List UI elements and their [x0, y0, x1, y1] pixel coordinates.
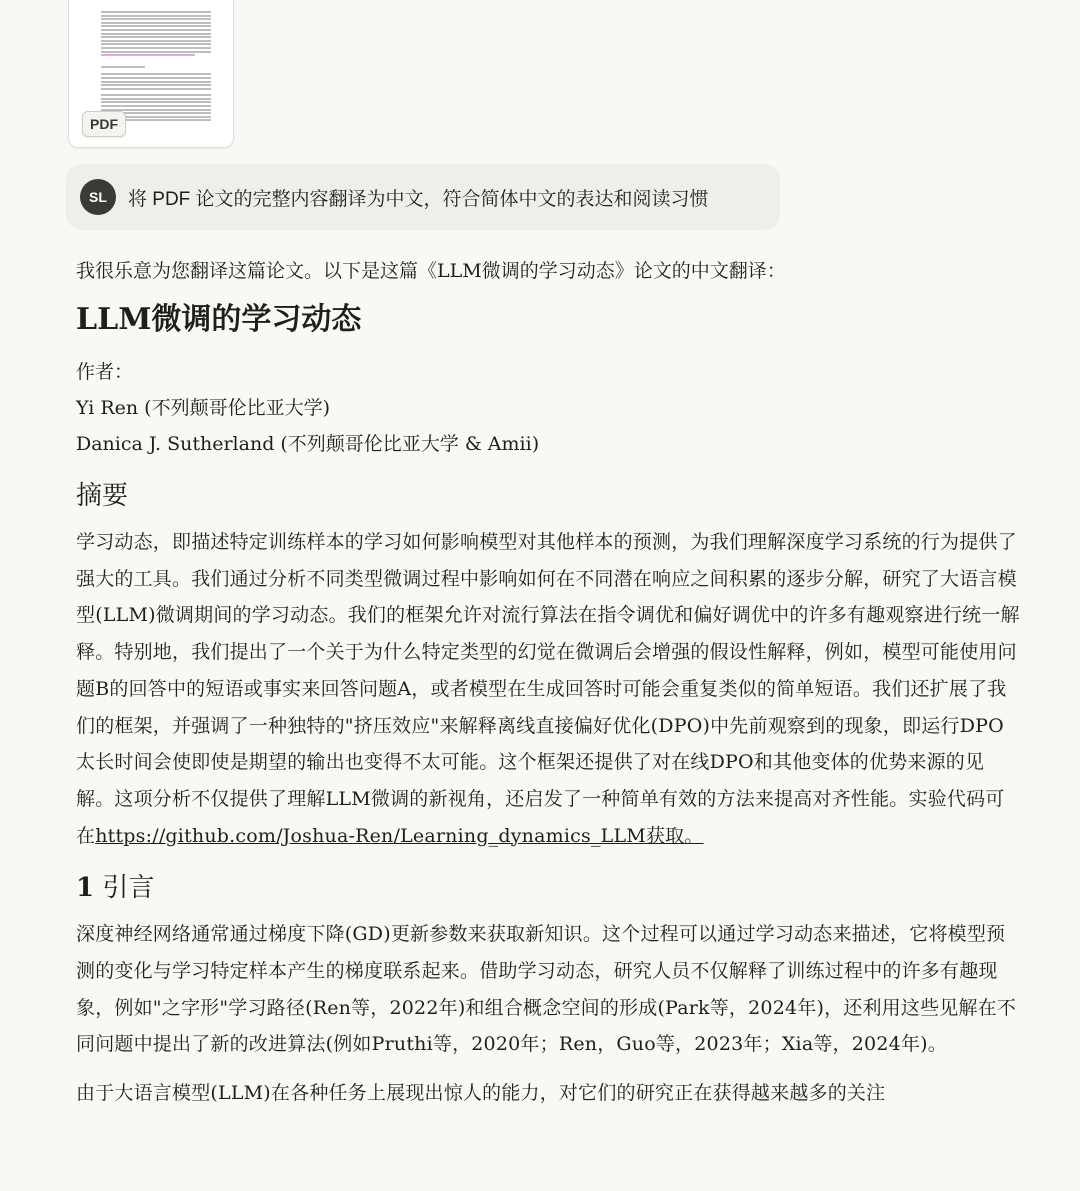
authors-label: 作者： — [76, 361, 133, 383]
user-message-text: 将 PDF 论文的完整内容翻译为中文，符合简体中文的表达和阅读习惯 — [128, 184, 709, 211]
paper-title: LLM微调的学习动态 — [76, 300, 1021, 340]
pdf-attachment-thumbnail[interactable]: PDF — [68, 0, 234, 148]
user-message-bubble: SL 将 PDF 论文的完整内容翻译为中文，符合简体中文的表达和阅读习惯 — [66, 164, 780, 230]
assistant-response: 我很乐意为您翻译这篇论文。以下是这篇《LLM微调的学习动态》论文的中文翻译： L… — [76, 252, 1021, 1112]
section-number: 1 — [76, 873, 94, 903]
section-title: 引言 — [102, 873, 154, 903]
abstract-text: 学习动态，即描述特定训练样本的学习如何影响模型对其他样本的预测，为我们理解深度学… — [76, 531, 1020, 847]
abstract-heading: 摘要 — [76, 478, 1021, 514]
github-code-link[interactable]: https://github.com/Joshua-Ren/Learning_d… — [95, 825, 703, 847]
authors-block: 作者： Yi Ren (不列颠哥伦比亚大学) Danica J. Sutherl… — [76, 354, 1021, 462]
abstract-paragraph: 学习动态，即描述特定训练样本的学习如何影响模型对其他样本的预测，为我们理解深度学… — [76, 524, 1021, 854]
intro-paragraph-2: 由于大语言模型(LLM)在各种任务上展现出惊人的能力，对它们的研究正在获得越来越… — [76, 1075, 1021, 1112]
section-1-heading: 1 引言 — [76, 870, 1021, 906]
response-intro: 我很乐意为您翻译这篇论文。以下是这篇《LLM微调的学习动态》论文的中文翻译： — [76, 252, 1021, 290]
author-1: Yi Ren (不列颠哥伦比亚大学) — [76, 397, 330, 419]
author-2: Danica J. Sutherland (不列颠哥伦比亚大学 & Amii) — [76, 433, 539, 455]
user-avatar: SL — [80, 179, 116, 215]
intro-paragraph-1: 深度神经网络通常通过梯度下降(GD)更新参数来获取新知识。这个过程可以通过学习动… — [76, 916, 1021, 1063]
pdf-type-badge: PDF — [82, 111, 126, 137]
